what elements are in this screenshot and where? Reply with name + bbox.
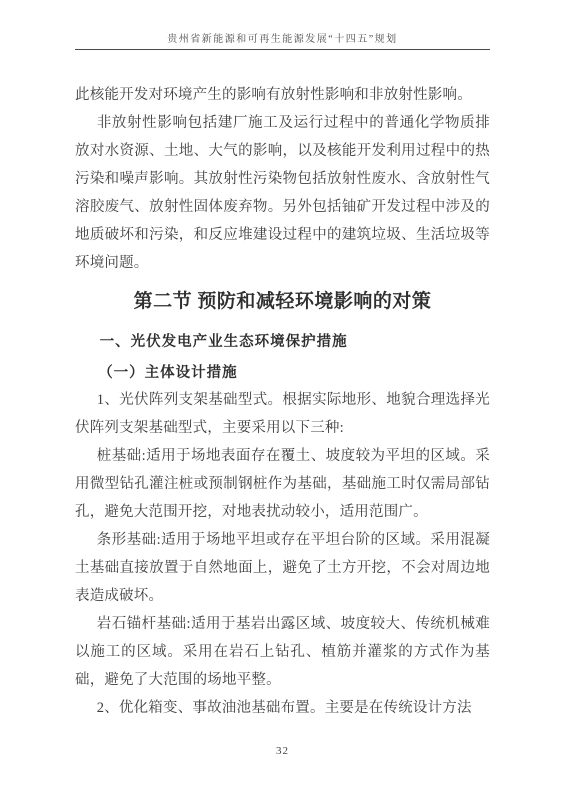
- page-footer: 32: [0, 741, 565, 759]
- paragraph-non-radioactive-impact: 非放射性影响包括建厂施工及运行过程中的普通化学物质排放对水资源、土地、大气的影响…: [75, 109, 490, 277]
- paragraph-strip-foundation: 条形基础:适用于场地平坦或存在平坦台阶的区域。采用混凝土基础直接放置于自然地面上…: [75, 526, 490, 610]
- running-header: 贵州省新能源和可再生能源发展“十四五”规划: [75, 0, 490, 50]
- subheading-pv-eco-protection: 一、光伏发电产业生态环境保护措施: [75, 329, 490, 355]
- page-content: 此核能开发对环境产生的影响有放射性影响和非放射性影响。 非放射性影响包括建厂施工…: [75, 81, 490, 722]
- paragraph-intro-continuation: 此核能开发对环境产生的影响有放射性影响和非放射性影响。: [75, 81, 490, 109]
- paragraph-pile-foundation: 桩基础:适用于场地表面存在覆土、坡度较为平坦的区域。采用微型钻孔灌注桩或预制钢桩…: [75, 442, 490, 526]
- page-number: 32: [276, 745, 289, 757]
- section-heading: 第二节 预防和减轻环境影响的对策: [75, 287, 490, 317]
- paragraph-item-2-box-transformer: 2、优化箱变、事故油池基础布置。主要是在传统设计方法: [75, 694, 490, 722]
- paragraph-rock-anchor-foundation: 岩石锚杆基础:适用于基岩出露区域、坡度较大、传统机械难以施工的区域。采用在岩石上…: [75, 610, 490, 694]
- paragraph-item-1-support-foundation-types: 1、光伏阵列支架基础型式。根据实际地形、地貌合理选择光伏阵列支架基础型式，主要采…: [75, 386, 490, 442]
- document-page: 贵州省新能源和可再生能源发展“十四五”规划 此核能开发对环境产生的影响有放射性影…: [0, 0, 565, 800]
- running-header-title: 贵州省新能源和可再生能源发展“十四五”规划: [75, 33, 490, 46]
- subheading-main-design-measures: （一）主体设计措施: [75, 360, 490, 386]
